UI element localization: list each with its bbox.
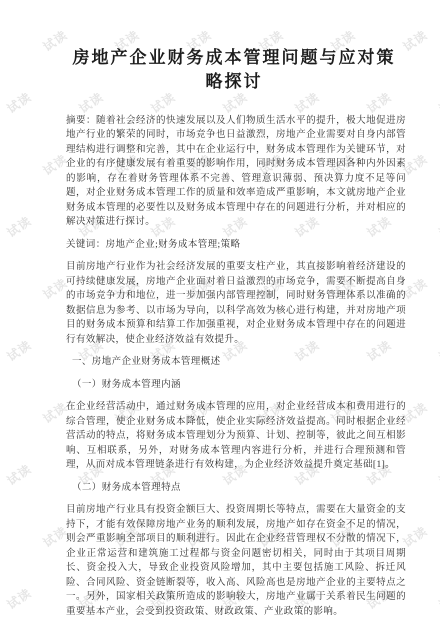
document-title: 房地产企业财务成本管理问题与应对策略探讨	[66, 46, 402, 94]
subsection-1-2-paragraph: 目前房地产行业具有投资金额巨大、投资周期长等特点，需要在大量资金的支持下，才能有…	[66, 503, 406, 619]
keywords-line: 关键词：房地产企业;财务成本管理;策略	[66, 238, 406, 253]
subsection-heading-1-1: （一）财务成本管理内涵	[66, 378, 406, 393]
document-content: 房地产企业财务成本管理问题与应对策略探讨 摘要：随着社会经济的快速发展以及人们物…	[0, 0, 440, 619]
abstract-paragraph: 摘要：随着社会经济的快速发展以及人们物质生活水平的提升，极大地促进房地产行业的繁…	[66, 114, 406, 230]
intro-paragraph: 目前房地产行业作为社会经济发展的重要支柱产业，其直接影响着经济建设的可持续健康发…	[66, 260, 406, 347]
subsection-heading-1-2: （二）财务成本管理特点	[66, 481, 406, 496]
subsection-1-1-paragraph: 在企业经营活动中，通过财务成本管理的应用，对企业经营成本和费用进行的综合管理，使…	[66, 400, 406, 473]
section-heading-1: 一、房地产企业财务成本管理概述	[66, 355, 406, 370]
document-page: 试读试读试读试读试读试读试读试读试读试读试读试读试读试读试读试读试读试读试读试读…	[0, 0, 440, 620]
